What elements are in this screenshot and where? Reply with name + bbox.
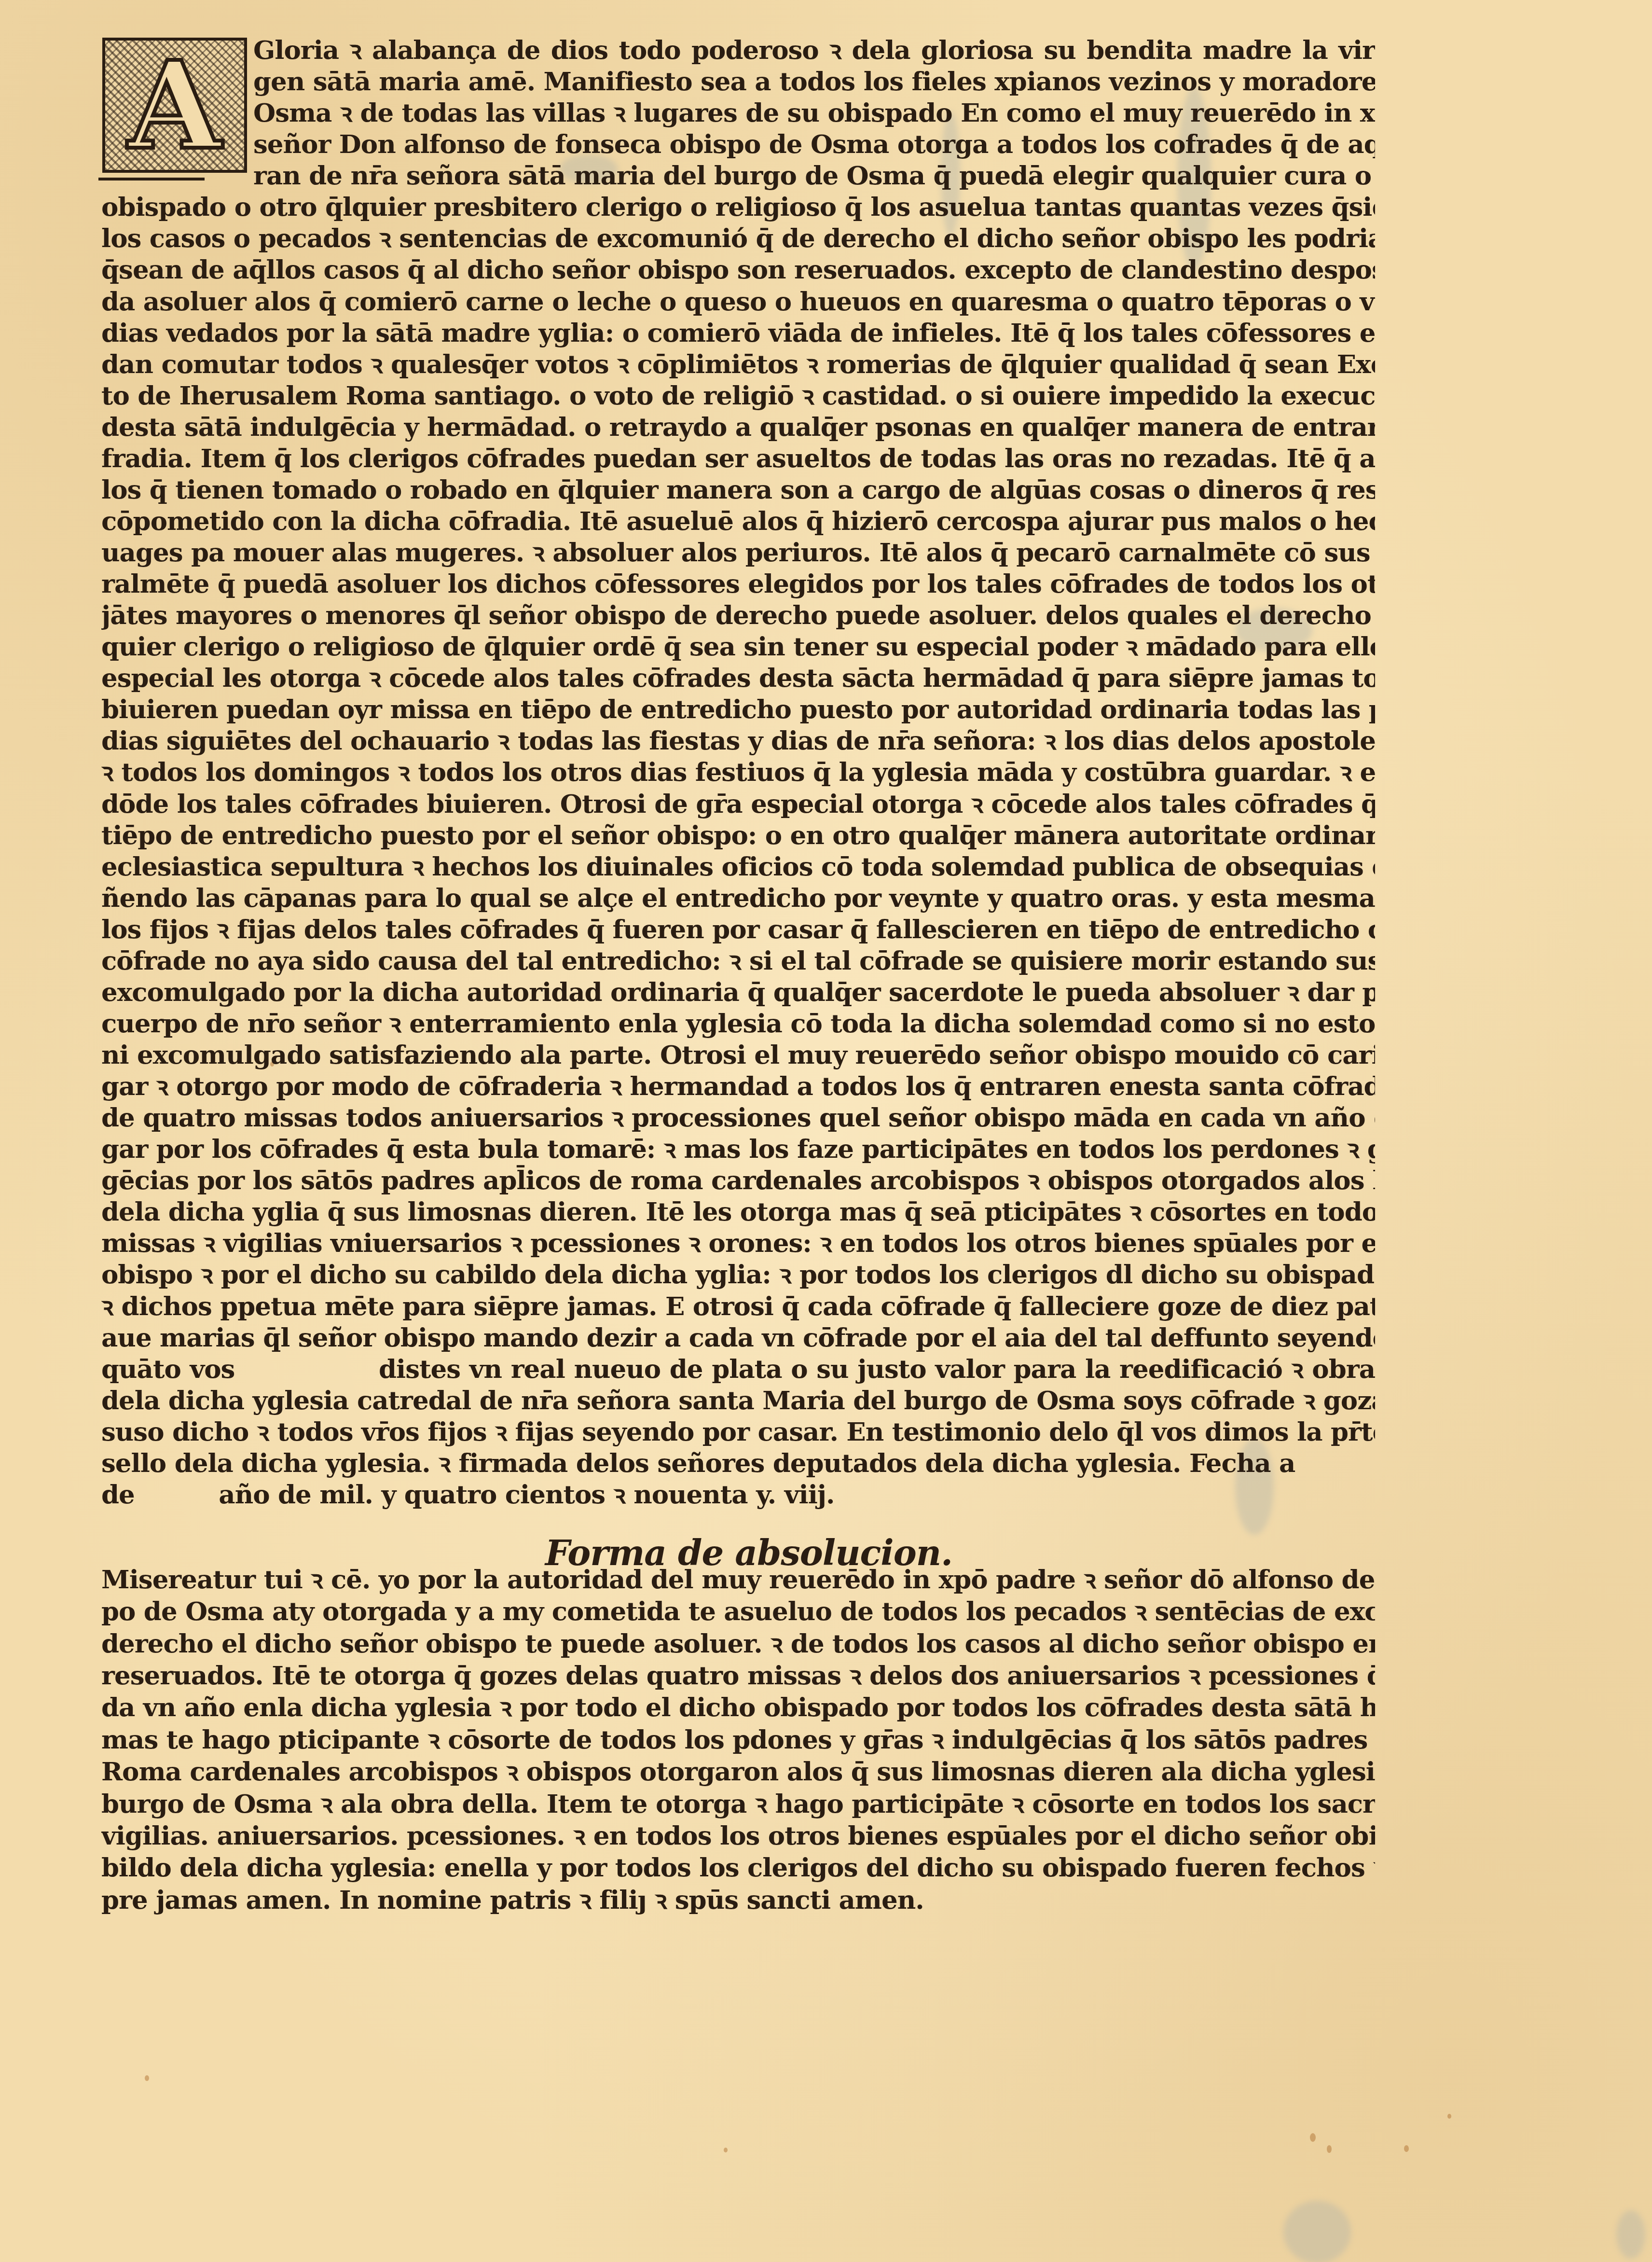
text-line: los q̄ tienen tomado o robado en q̄lquie… bbox=[101, 474, 1375, 506]
text-line: q̄sean de aq̄llos casos q̄ al dicho seño… bbox=[101, 254, 1375, 286]
text-line: bildo dela dicha yglesia: enella y por t… bbox=[101, 1852, 1375, 1884]
absolution-text-block: Misereatur tui ꝛ cē. yo por la autoridad… bbox=[101, 1564, 1375, 1916]
text-line: dōde los tales cōfrades biuieren. Otrosi… bbox=[101, 789, 1375, 820]
text-line: jātes mayores o menores q̄l señor obispo… bbox=[101, 600, 1375, 631]
text-line: gar ꝛ otorgo por modo de cōfraderia ꝛ he… bbox=[101, 1071, 1375, 1102]
text-line: señor Don alfonso de fonseca obispo de O… bbox=[101, 129, 1375, 160]
text-line: Misereatur tui ꝛ cē. yo por la autoridad… bbox=[101, 1564, 1375, 1596]
main-text-block: Gloria ꝛ alabança de dios todo poderoso … bbox=[101, 35, 1375, 1511]
text-line: suso dicho ꝛ todos vr̄os fijos ꝛ fijas s… bbox=[101, 1416, 1375, 1448]
text-line: de año de mil. y quatro cientos ꝛ nouent… bbox=[101, 1479, 1375, 1511]
text-line: excomulgado por la dicha autoridad ordin… bbox=[101, 977, 1375, 1008]
text-line: ꝛ dichos ppetua mēte para siēpre jamas. … bbox=[101, 1291, 1375, 1322]
text-line: pre jamas amen. In nomine patris ꝛ filiȷ… bbox=[101, 1884, 1375, 1916]
text-line: missas ꝛ vigilias vniuersarios ꝛ pcessio… bbox=[101, 1228, 1375, 1259]
text-line: dela dicha yglesia catredal de nr̄a seño… bbox=[101, 1385, 1375, 1416]
text-line: dela dicha yglia q̄ sus limosnas dieren.… bbox=[101, 1196, 1375, 1228]
water-stain bbox=[1283, 2201, 1351, 2262]
text-line: especial les otorga ꝛ cōcede alos tales … bbox=[101, 663, 1375, 694]
text-line: ꝛ todos los domingos ꝛ todos los otros d… bbox=[101, 757, 1375, 788]
text-line: Roma cardenales arcobispos ꝛ obispos oto… bbox=[101, 1756, 1375, 1788]
text-line: dias vedados por la sātā madre yglia: o … bbox=[101, 318, 1375, 349]
text-line: eclesiastica sepultura ꝛ hechos los diui… bbox=[101, 851, 1375, 883]
text-line: gen sātā maria amē. Manifiesto sea a tod… bbox=[101, 66, 1375, 97]
text-line: ralmēte q̄ puedā asoluer los dichos cōfe… bbox=[101, 569, 1375, 600]
text-line: cuerpo de nr̄o señor ꝛ enterramiento enl… bbox=[101, 1008, 1375, 1040]
text-line: da vn año enla dicha yglesia ꝛ por todo … bbox=[101, 1692, 1375, 1723]
text-line: quier clerigo o religioso de q̄lquier or… bbox=[101, 631, 1375, 663]
text-line: burgo de Osma ꝛ ala obra della. Item te … bbox=[101, 1788, 1375, 1820]
foxing-spot bbox=[1327, 2145, 1332, 2153]
text-line: to de Iherusalem Roma santiago. o voto d… bbox=[101, 380, 1375, 412]
text-line: uages pa mouer alas mugeres. ꝛ absoluer … bbox=[101, 537, 1375, 569]
text-line: obispado o otro q̄lquier presbitero cler… bbox=[101, 192, 1375, 223]
text-line: derecho el dicho señor obispo te puede a… bbox=[101, 1628, 1375, 1660]
text-line: mas te hago pticipante ꝛ cōsorte de todo… bbox=[101, 1724, 1375, 1756]
text-line: quāto vos distes vn real nueuo de plata … bbox=[101, 1354, 1375, 1385]
text-line: ñendo las cāpanas para lo qual se alçe e… bbox=[101, 883, 1375, 914]
text-line: biuieren puedan oyr missa en tiēpo de en… bbox=[101, 694, 1375, 725]
text-line: los fijos ꝛ fijas delos tales cōfrades q… bbox=[101, 914, 1375, 945]
water-stain bbox=[1616, 2210, 1645, 2259]
text-line: los casos o pecados ꝛ sentencias de exco… bbox=[101, 223, 1375, 254]
foxing-spot bbox=[1404, 2145, 1409, 2152]
text-line: Osma ꝛ de todas las villas ꝛ lugares de … bbox=[101, 97, 1375, 129]
scanned-page: A Gloria ꝛ alabança de dios todo poderos… bbox=[0, 0, 1652, 2262]
text-line: fradia. Item q̄ los clerigos cōfrades pu… bbox=[101, 443, 1375, 474]
text-line: dias siguiētes del ochauario ꝛ todas las… bbox=[101, 725, 1375, 757]
text-line: desta sātā indulgēcia y hermādad. o retr… bbox=[101, 412, 1375, 443]
text-line: Gloria ꝛ alabança de dios todo poderoso … bbox=[101, 35, 1375, 66]
foxing-spot bbox=[724, 2148, 728, 2152]
text-line: reseruados. Itē te otorga q̄ gozes delas… bbox=[101, 1660, 1375, 1692]
foxing-spot bbox=[145, 2075, 149, 2081]
text-line: dan comutar todos ꝛ qualesq̄er votos ꝛ c… bbox=[101, 349, 1375, 380]
text-line: cōfrade no aya sido causa del tal entred… bbox=[101, 945, 1375, 977]
text-line: ni excomulgado satisfaziendo ala parte. … bbox=[101, 1040, 1375, 1071]
text-line: gar por los cōfrades q̄ esta bula tomarē… bbox=[101, 1134, 1375, 1165]
text-line: po de Osma aty otorgada y a my cometida … bbox=[101, 1596, 1375, 1627]
foxing-spot bbox=[1447, 2114, 1451, 2119]
text-line: de quatro missas todos aniuersarios ꝛ pr… bbox=[101, 1102, 1375, 1134]
text-line: gēcias por los sātōs padres apl̄icos de … bbox=[101, 1165, 1375, 1196]
text-line: ran de nr̄a señora sātā maria del burgo … bbox=[101, 160, 1375, 192]
text-line: da asoluer alos q̄ comierō carne o leche… bbox=[101, 286, 1375, 318]
text-line: aue marias q̄l señor obispo mando dezir … bbox=[101, 1322, 1375, 1354]
foxing-spot bbox=[1310, 2133, 1316, 2142]
text-line: tiēpo de entredicho puesto por el señor … bbox=[101, 820, 1375, 851]
text-line: obispo ꝛ por el dicho su cabildo dela di… bbox=[101, 1259, 1375, 1291]
text-line: sello dela dicha yglesia. ꝛ firmada delo… bbox=[101, 1448, 1375, 1479]
text-line: cōpometido con la dicha cōfradia. Itē as… bbox=[101, 506, 1375, 537]
text-line: vigilias. aniuersarios. pcessiones. ꝛ en… bbox=[101, 1820, 1375, 1852]
